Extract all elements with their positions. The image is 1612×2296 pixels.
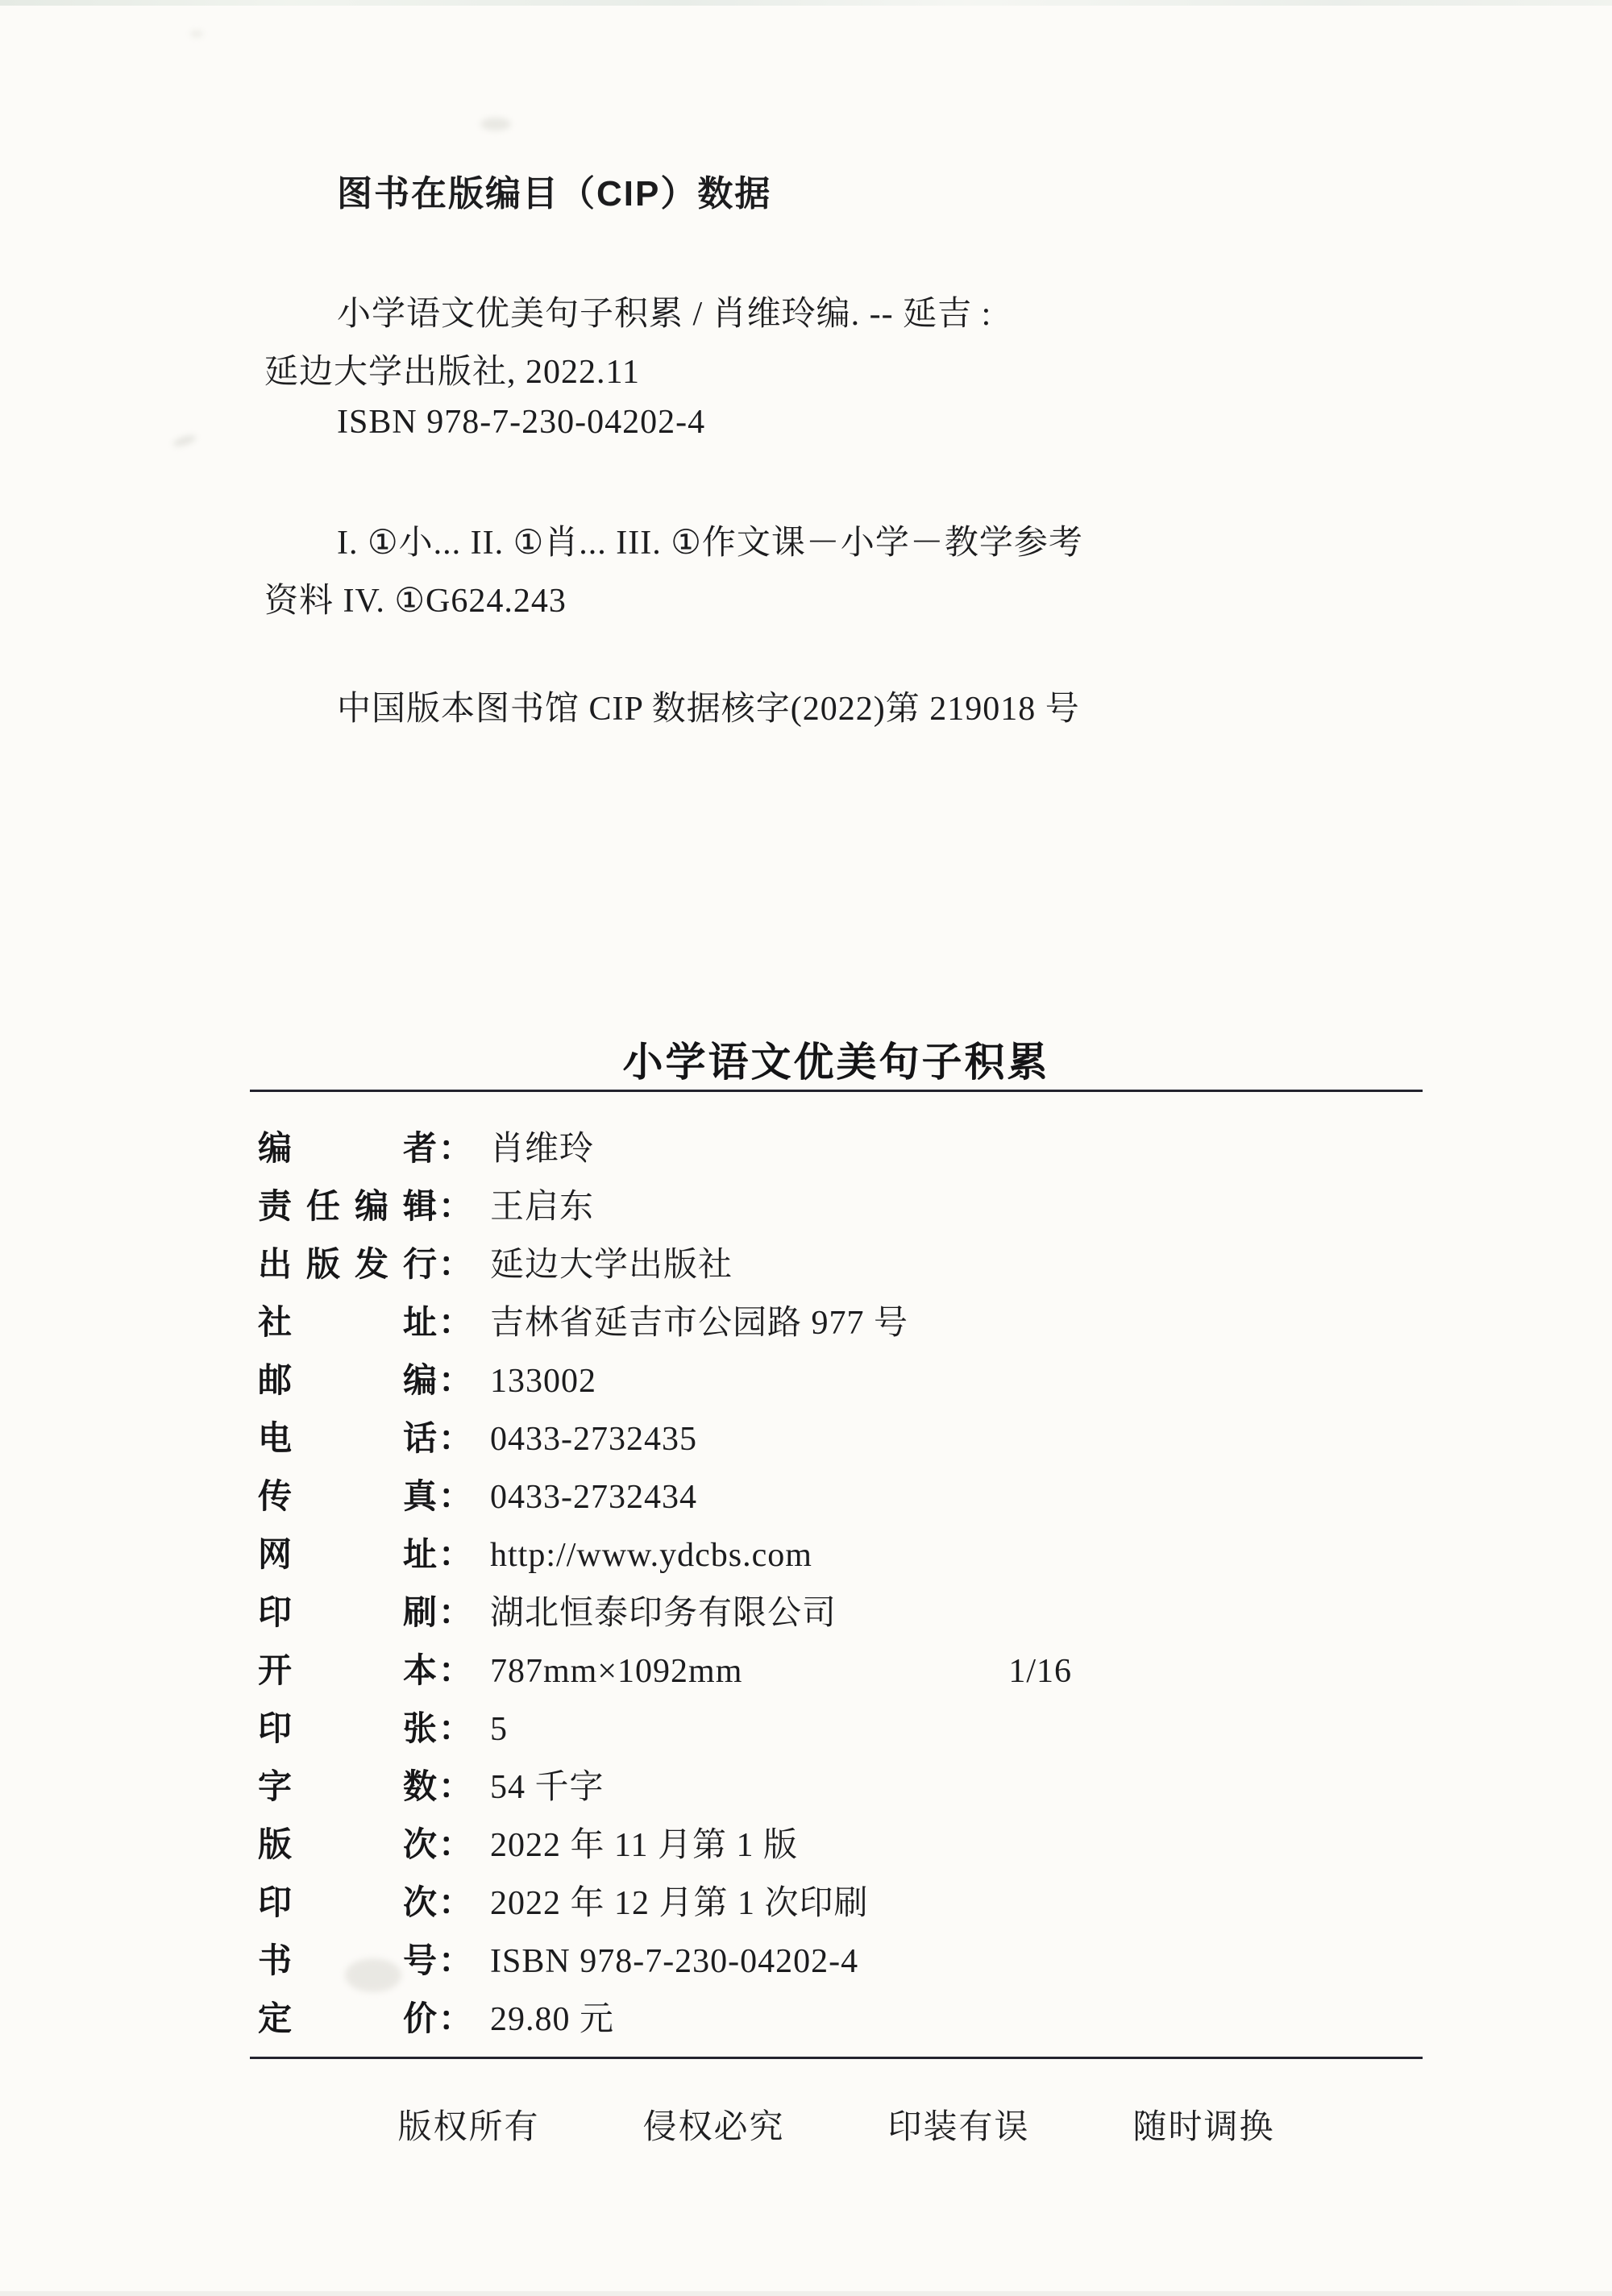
row-value: 吉林省延吉市公园路 977 号 [490,1296,908,1344]
row-value: ISBN 978-7-230-04202-4 [490,1942,858,1981]
row-colon: ： [438,1760,472,1808]
row-value: 54 千字 [490,1760,604,1808]
colophon-row-publisher: 出版发行：延边大学出版社 [258,1238,1072,1296]
scan-smudge [172,434,197,449]
row-colon: ： [438,1238,472,1286]
scan-edge-right [1608,0,1612,2296]
colophon-row-price: 定价：29.80 元 [258,1992,1072,2050]
colophon-row-printing: 印次：2022 年 12 月第 1 次印刷 [258,1876,1072,1934]
row-value: 王启东 [490,1180,594,1228]
notice-infringement: 侵权必究 [642,2100,784,2149]
colophon-row-website: 网址：http://www.ydcbs.com [258,1528,1072,1586]
colophon-row-format: 开本：787mm×1092mm1/16 [258,1644,1072,1702]
cip-isbn-line: ISBN 978-7-230-04202-4 [264,403,705,442]
row-value: 29.80 元 [490,1992,614,2041]
row-value: 787mm×1092mm [490,1652,742,1691]
colophon-row-phone: 电话：0433-2732435 [258,1412,1072,1470]
row-label: 书号 [258,1934,437,1983]
row-colon: ： [438,1702,472,1750]
cip-record-line: 中国版本图书馆 CIP 数据核字(2022)第 219018 号 [264,682,1080,730]
row-label: 社址 [258,1296,437,1344]
copyright-page: 图书在版编目（CIP）数据 小学语文优美句子积累 / 肖维玲编. -- 延吉 :… [0,0,1612,2296]
row-value-fraction: 1/16 [1008,1652,1072,1691]
colophon-table: 编者：肖维玲 责任编辑：王启东 出版发行：延边大学出版社 社址：吉林省延吉市公园… [258,1122,1072,2050]
colophon-row-wordcount: 字数：54 千字 [258,1760,1072,1818]
colophon-row-postcode: 邮编：133002 [258,1354,1072,1412]
row-colon: ： [438,1586,472,1634]
row-value: http://www.ydcbs.com [490,1536,812,1575]
colophon-row-address: 社址：吉林省延吉市公园路 977 号 [258,1296,1072,1354]
row-label: 开本 [258,1644,437,1692]
scan-edge-top [0,0,1612,6]
row-label: 出版发行 [258,1238,437,1286]
row-colon: ： [438,1876,472,1924]
row-label: 版次 [258,1818,437,1866]
row-label: 印刷 [258,1586,437,1634]
row-label: 传真 [258,1470,437,1518]
cip-title-line: 小学语文优美句子积累 / 肖维玲编. -- 延吉 : [264,287,991,335]
row-colon: ： [438,1180,472,1228]
divider-bottom [250,2057,1423,2059]
row-value: 0433-2732434 [490,1478,697,1517]
row-value: 2022 年 12 月第 1 次印刷 [490,1876,869,1924]
notice-exchange: 随时调换 [1133,2100,1275,2149]
row-colon: ： [438,1122,472,1170]
row-label: 责任编辑 [258,1180,437,1228]
row-colon: ： [438,1296,472,1344]
row-label: 邮编 [258,1354,437,1402]
row-value: 2022 年 11 月第 1 版 [490,1818,798,1866]
row-colon: ： [438,1470,472,1518]
row-value: 肖维玲 [490,1122,594,1170]
row-value: 0433-2732435 [490,1420,697,1459]
row-colon: ： [438,1412,472,1460]
divider-top [250,1090,1423,1092]
row-colon: ： [438,1528,472,1576]
row-label: 电话 [258,1412,437,1460]
cip-publisher-line: 延边大学出版社, 2022.11 [264,345,640,393]
row-label: 定价 [258,1992,437,2041]
copyright-notice: 版权所有 侵权必究 印装有误 随时调换 [250,2100,1423,2149]
cip-header: 图书在版编目（CIP）数据 [264,164,771,216]
row-label: 印次 [258,1876,437,1924]
row-value: 延边大学出版社 [490,1238,733,1286]
colophon-row-responsible-editor: 责任编辑：王启东 [258,1180,1072,1238]
notice-all-rights-reserved: 版权所有 [397,2100,539,2149]
row-value: 湖北恒泰印务有限公司 [490,1586,837,1634]
row-value: 5 [490,1710,508,1749]
colophon-row-isbn: 书号：ISBN 978-7-230-04202-4 [258,1934,1072,1992]
row-label: 网址 [258,1528,437,1576]
row-colon: ： [438,1644,472,1692]
row-colon: ： [438,1354,472,1402]
book-title: 小学语文优美句子积累 [250,1030,1423,1088]
scan-smudge [190,31,203,37]
row-label: 编者 [258,1122,437,1170]
row-colon: ： [438,1992,472,2041]
row-label: 字数 [258,1760,437,1808]
row-colon: ： [438,1934,472,1983]
scan-edge-bottom [0,2291,1612,2296]
scan-smudge [480,118,511,131]
cip-classification-line-1: I. ①小... II. ①肖... III. ①作文课－小学－教学参考 [264,516,1083,564]
colophon-row-sheets: 印张：5 [258,1702,1072,1760]
colophon-row-edition: 版次：2022 年 11 月第 1 版 [258,1818,1072,1876]
row-colon: ： [438,1818,472,1866]
notice-binding-error: 印装有误 [888,2100,1030,2149]
colophon-row-printer: 印刷：湖北恒泰印务有限公司 [258,1586,1072,1644]
row-value: 133002 [490,1362,596,1401]
colophon-row-editor: 编者：肖维玲 [258,1122,1072,1180]
colophon-row-fax: 传真：0433-2732434 [258,1470,1072,1528]
cip-classification-line-2: 资料 IV. ①G624.243 [264,574,567,622]
row-label: 印张 [258,1702,437,1750]
